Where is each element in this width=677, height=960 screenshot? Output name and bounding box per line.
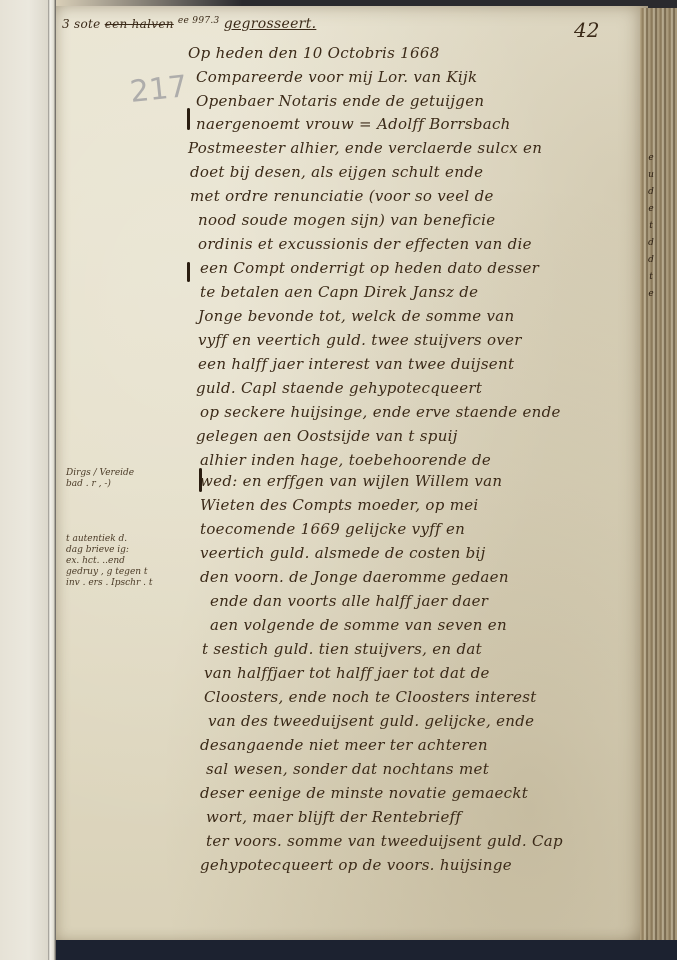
manuscript-line: gelegen aen Oostsijde van t spuij (196, 427, 458, 445)
manuscript-line: een Compt onderrigt op heden dato desser (200, 259, 539, 277)
header-note-suffix: gegrosseert. (224, 16, 317, 32)
margin-note-line: t autentiek d. (66, 534, 152, 545)
header-note-struck: een halven (105, 17, 174, 31)
margin-note-line: Dirgs / Vereide (66, 468, 134, 479)
edge-fragment: t (644, 218, 658, 235)
manuscript-line: desangaende niet meer ter achteren (200, 736, 488, 754)
manuscript-line: Openbaer Notaris ende de getuijgen (196, 92, 484, 110)
manuscript-line: deser eenige de minste novatie gemaeckt (200, 784, 528, 802)
edge-fragment: u (644, 167, 658, 184)
manuscript-line: sal wesen, sonder dat nochtans met (206, 760, 489, 778)
edge-fragment: t (644, 269, 658, 286)
manuscript-line: den voorn. de Jonge daeromme gedaen (200, 568, 509, 586)
manuscript-line: op seckere huijsinge, ende erve staende … (200, 403, 561, 421)
margin-note-line: inv . ers . Ipschr . t (66, 578, 152, 589)
edge-fragment: e (644, 201, 658, 218)
manuscript-line: ende dan voorts alle halff jaer daer (210, 592, 488, 610)
edge-fragment: d (644, 252, 658, 269)
scan-background-bottom (56, 940, 677, 960)
folio-number: 42 (574, 18, 599, 42)
header-note: 3 sote een halven ee 997.3 gegrosseert. (62, 16, 316, 32)
manuscript-line: nood soude mogen sijn) van beneficie (198, 211, 495, 229)
manuscript-line: vyff en veertich guld. twee stuijvers ov… (198, 331, 522, 349)
manuscript-line: ordinis et excussionis der effecten van … (198, 235, 532, 253)
margin-note-line: bad . r , -) (66, 479, 134, 490)
margin-note-line: ex. hct. ..end (66, 556, 152, 567)
manuscript-line: gehypotecqueert op de voors. huijsinge (200, 856, 512, 874)
manuscript-line: naergenoemt vrouw = Adolff Borrsbach (196, 115, 511, 133)
manuscript-line: te betalen aen Capn Direk Jansz de (200, 283, 478, 301)
manuscript-line: van des tweeduijsent guld. gelijcke, end… (208, 712, 534, 730)
margin-bracket (187, 262, 190, 282)
manuscript-line: van halffjaer tot halff jaer tot dat de (204, 664, 490, 682)
manuscript-line: een halff jaer interest van twee duijsen… (198, 355, 514, 373)
margin-note-line: gedruy , g tegen t (66, 567, 152, 578)
margin-note-line: dag brieve ig: (66, 545, 152, 556)
frayed-page-edge (640, 8, 677, 948)
manuscript-line: toecomende 1669 gelijcke vyff en (200, 520, 465, 538)
manuscript-line: Op heden den 10 Octobris 1668 (188, 44, 440, 62)
manuscript-line: doet bij desen, als eijgen schult ende (190, 163, 483, 181)
manuscript-line: t sestich guld. tien stuijvers, en dat (202, 640, 482, 658)
manuscript-line: wed: en erffgen van wijlen Willem van (200, 472, 502, 490)
manuscript-line: met ordre renunciatie (voor so veel de (190, 187, 494, 205)
manuscript-line: ter voors. somme van tweeduijsent guld. … (206, 832, 563, 850)
manuscript-line: Postmeester alhier, ende verclaerde sulc… (188, 139, 542, 157)
manuscript-line: Wieten des Compts moeder, op mei (200, 496, 479, 514)
binding-strip (0, 0, 48, 960)
header-note-inserted: ee 997.3 (178, 16, 220, 26)
header-note-prefix: 3 sote (62, 17, 101, 31)
manuscript-line: veertich guld. alsmede de costen bij (200, 544, 486, 562)
edge-fragment: d (644, 235, 658, 252)
manuscript-line: Jonge bevonde tot, welck de somme van (198, 307, 514, 325)
manuscript-line: alhier inden hage, toebehoorende de (200, 451, 491, 469)
manuscript-line: guld. Capl staende gehypotecqueert (196, 379, 482, 397)
pencil-archive-number: 217 (128, 69, 189, 110)
edge-fragment: e (644, 150, 658, 167)
edge-fragment: e (644, 286, 658, 303)
margin-note: Dirgs / Vereide bad . r , -) (66, 468, 134, 490)
right-edge-fragments: e u d e t d d t e (644, 150, 658, 303)
manuscript-line: aen volgende de somme van seven en (210, 616, 507, 634)
margin-bracket (187, 108, 190, 130)
manuscript-line: wort, maer blijft der Rentebrieff (206, 808, 461, 826)
manuscript-line: Cloosters, ende noch te Cloosters intere… (204, 688, 537, 706)
edge-fragment: d (644, 184, 658, 201)
margin-note: t autentiek d. dag brieve ig: ex. hct. .… (66, 534, 152, 589)
gutter-line (48, 0, 56, 960)
manuscript-line: Compareerde voor mij Lor. van Kijk (196, 68, 477, 86)
